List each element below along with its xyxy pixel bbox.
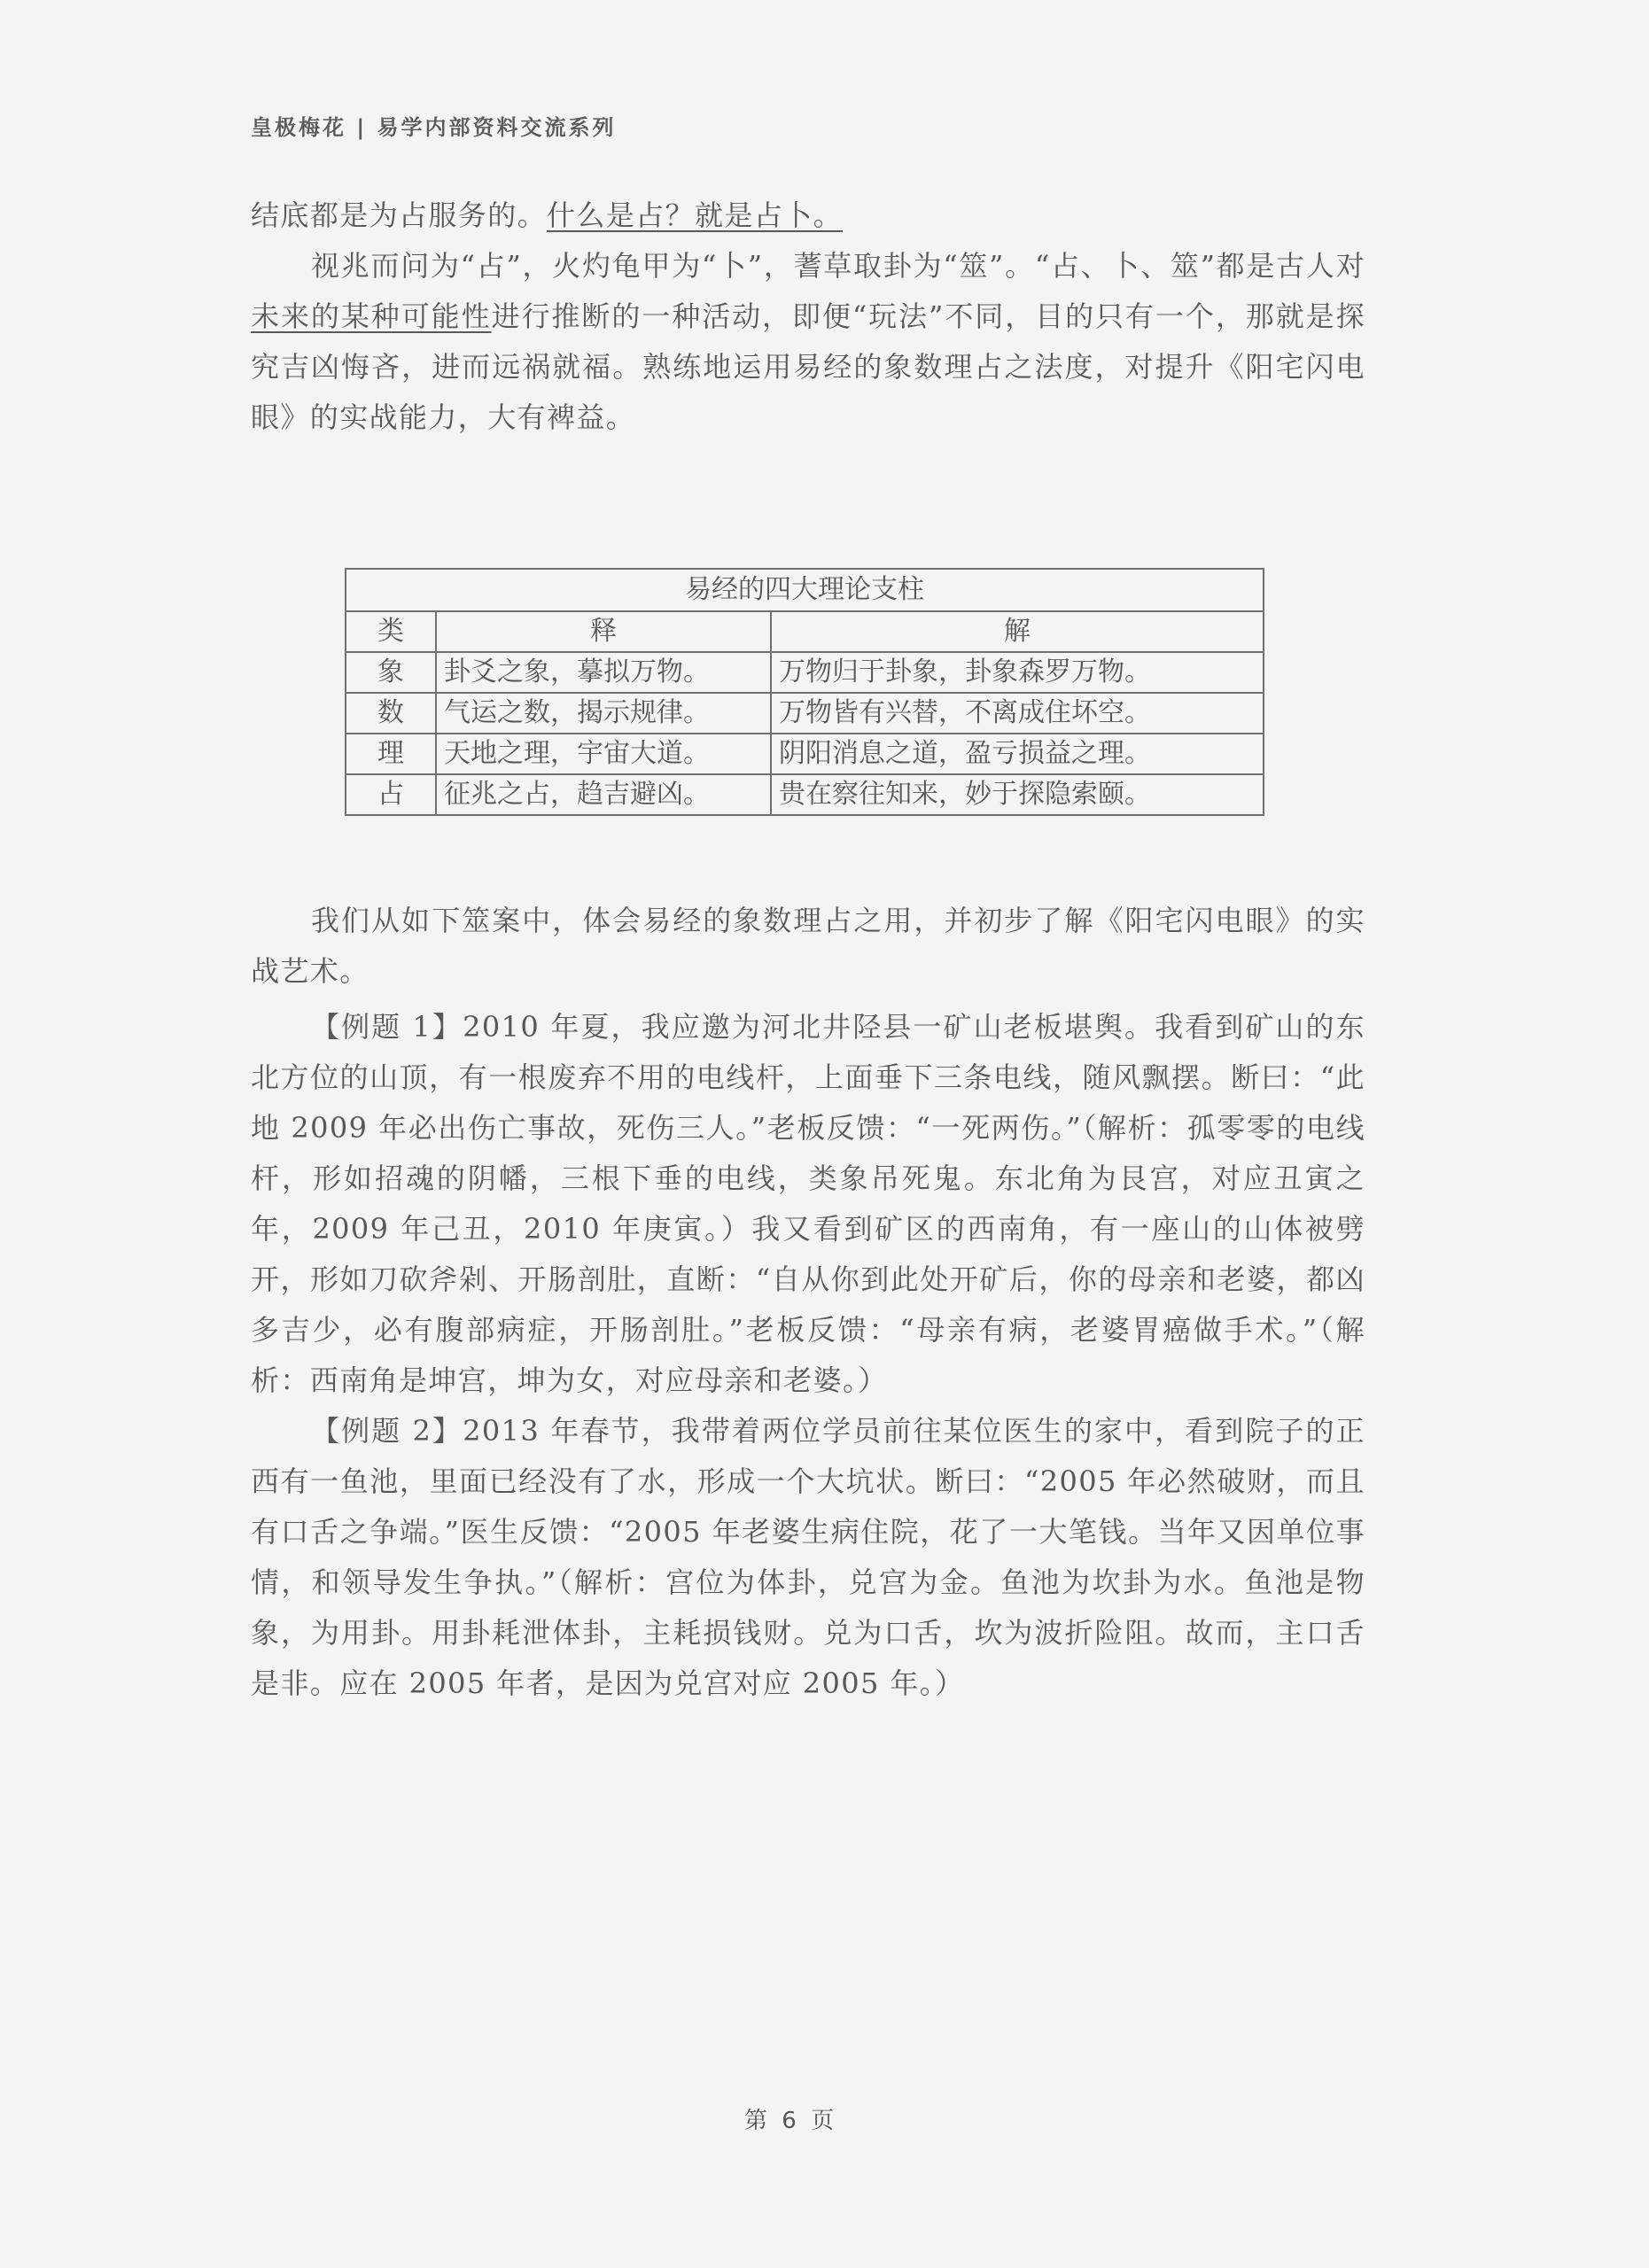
cell-jie: 阴阳消息之道，盈亏损益之理。 <box>771 734 1264 774</box>
intro-section: 结底都是为占服务的。什么是占？就是占卜。 视兆而问为“占”，火灼龟甲为“卜”，蓍… <box>251 190 1365 443</box>
example-label: 【例题 2】 <box>311 1414 463 1448</box>
example-2: 【例题 2】2013 年春节，我带着两位学员前往某位医生的家中，看到院子的正西有… <box>251 1406 1365 1709</box>
table-title: 易经的四大理论支柱 <box>346 569 1264 611</box>
paragraph-examples-intro: 我们从如下筮案中，体会易经的象数理占之用，并初步了解《阳宅闪电眼》的实战艺术。 <box>251 896 1365 997</box>
table-row: 象 卦爻之象，摹拟万物。 万物归于卦象，卦象森罗万物。 <box>346 652 1264 693</box>
cell-shi: 卦爻之象，摹拟万物。 <box>436 652 771 693</box>
cell-jie: 万物皆有兴替，不离成住坏空。 <box>771 693 1264 734</box>
text: 视兆而问为“占”，火灼龟甲为“卜”，蓍草取卦为“筮”。“占、卜、筮”都是古人对 <box>311 249 1365 283</box>
table-row: 数 气运之数，揭示规律。 万物皆有兴替，不离成住坏空。 <box>346 693 1264 734</box>
example-text: 2010 年夏，我应邀为河北井陉县一矿山老板堪舆。我看到矿山的东北方位的山顶，有… <box>251 1010 1365 1397</box>
four-pillars-table: 易经的四大理论支柱 类 释 解 象 卦爻之象，摹拟万物。 万物归于卦象，卦象森罗… <box>345 568 1264 816</box>
underlined-text: 什么是占？就是占卜。 <box>547 198 843 232</box>
cell-jie: 万物归于卦象，卦象森罗万物。 <box>771 652 1264 693</box>
example-label: 【例题 1】 <box>311 1010 463 1044</box>
underlined-text: 未来的某种可能性 <box>251 299 492 333</box>
page-number: 第 6 页 <box>744 2102 837 2135</box>
cell-type: 象 <box>346 652 436 693</box>
example-text: 2013 年春节，我带着两位学员前往某位医生的家中，看到院子的正西有一鱼池，里面… <box>251 1414 1365 1700</box>
cell-type: 理 <box>346 734 436 774</box>
example-1: 【例题 1】2010 年夏，我应邀为河北井陉县一矿山老板堪舆。我看到矿山的东北方… <box>251 1002 1365 1406</box>
cell-shi: 气运之数，揭示规律。 <box>436 693 771 734</box>
paragraph-continuation: 结底都是为占服务的。什么是占？就是占卜。 <box>251 190 1365 241</box>
table-title-row: 易经的四大理论支柱 <box>346 569 1264 611</box>
text: 结底都是为占服务的。 <box>251 198 547 232</box>
header-jie: 解 <box>771 611 1264 652</box>
examples-section: 我们从如下筮案中，体会易经的象数理占之用，并初步了解《阳宅闪电眼》的实战艺术。 … <box>251 896 1365 1709</box>
header-type: 类 <box>346 611 436 652</box>
table-header-row: 类 释 解 <box>346 611 1264 652</box>
document-page: 皇极梅花 | 易学内部资料交流系列 结底都是为占服务的。什么是占？就是占卜。 视… <box>0 0 1649 2268</box>
paragraph-divination-definition: 视兆而问为“占”，火灼龟甲为“卜”，蓍草取卦为“筮”。“占、卜、筮”都是古人对未… <box>251 241 1365 443</box>
cell-shi: 天地之理，宇宙大道。 <box>436 734 771 774</box>
table-row: 理 天地之理，宇宙大道。 阴阳消息之道，盈亏损益之理。 <box>346 734 1264 774</box>
table-row: 占 征兆之占，趋吉避凶。 贵在察往知来，妙于探隐索颐。 <box>346 774 1264 815</box>
cell-type: 占 <box>346 774 436 815</box>
running-header: 皇极梅花 | 易学内部资料交流系列 <box>251 110 616 141</box>
cell-type: 数 <box>346 693 436 734</box>
cell-jie: 贵在察往知来，妙于探隐索颐。 <box>771 774 1264 815</box>
header-shi: 释 <box>436 611 771 652</box>
cell-shi: 征兆之占，趋吉避凶。 <box>436 774 771 815</box>
